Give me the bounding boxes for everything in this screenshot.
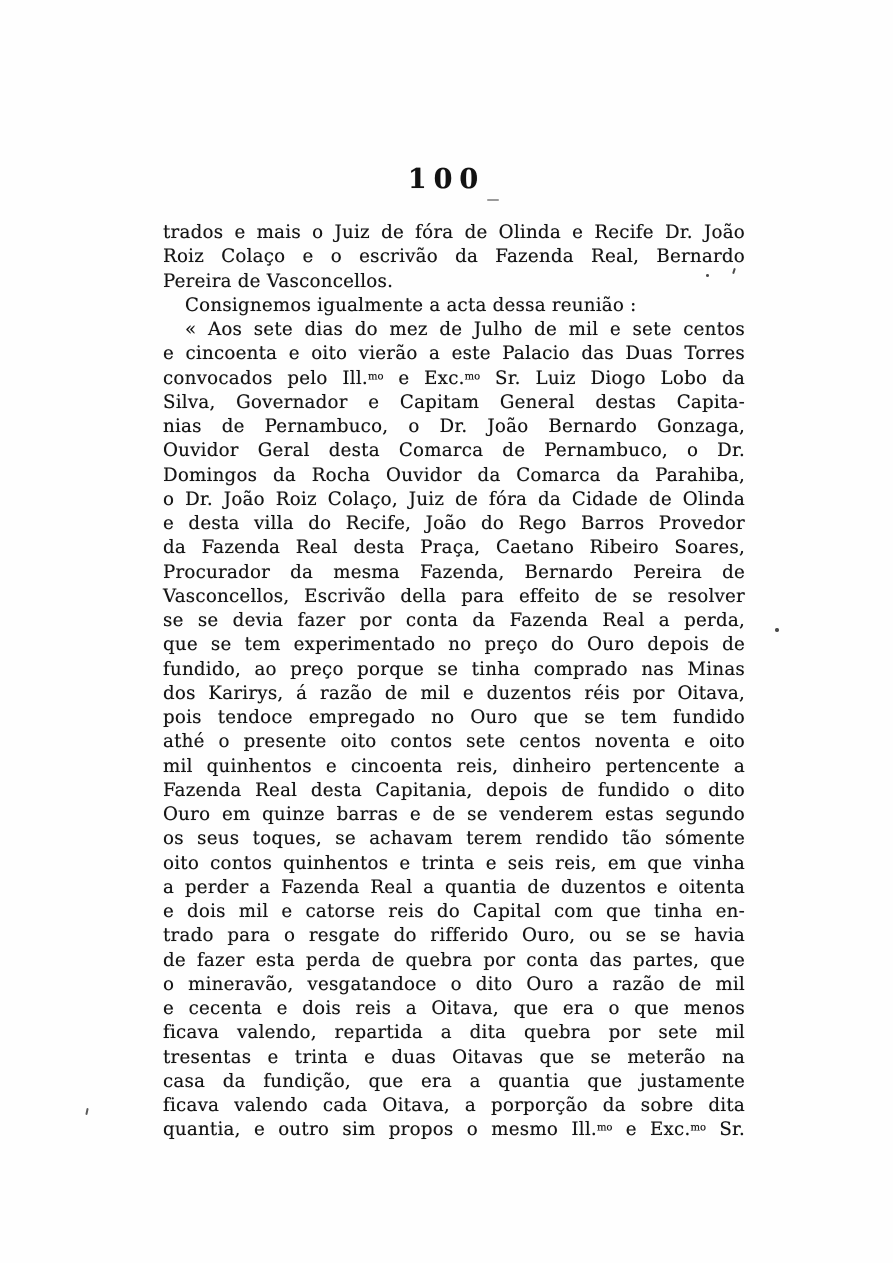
scan-speck: [775, 628, 779, 632]
text-line: se se devia fazer por conta da Fazenda R…: [163, 609, 745, 633]
text-line: Consignemos igualmente a acta dessa reun…: [163, 294, 745, 318]
text-line: casa da fundição, que era a quantia que …: [163, 1070, 745, 1094]
superscript-abbreviation: mo: [465, 371, 481, 382]
scan-speck: [706, 274, 709, 277]
superscript-abbreviation: mo: [597, 1123, 613, 1134]
text-line: ficava valendo cada Oitava, a porporção …: [163, 1094, 745, 1118]
text-line: Domingos da Rocha Ouvidor da Comarca da …: [163, 464, 745, 488]
paragraph: Consignemos igualmente a acta dessa reun…: [163, 294, 745, 318]
text-line: Procurador da mesma Fazenda, Bernardo Pe…: [163, 561, 745, 585]
text-line: convocados pelo Ill.mo e Exc.mo Sr. Luiz…: [163, 367, 745, 391]
text-line: quantia, e outro sim propos o mesmo Ill.…: [163, 1118, 745, 1142]
paragraph: trados e mais o Juiz de fóra de Olinda e…: [163, 221, 745, 294]
text-line: tresentas e trinta e duas Oitavas que se…: [163, 1046, 745, 1070]
page-number: 100: [0, 164, 893, 195]
text-line: de fazer esta perda de quebra por conta …: [163, 949, 745, 973]
superscript-abbreviation: mo: [691, 1123, 707, 1134]
text-line: Pereira de Vasconcellos.: [163, 270, 745, 294]
text-block: trados e mais o Juiz de fóra de Olinda e…: [163, 221, 745, 1143]
superscript-abbreviation: mo: [368, 371, 384, 382]
text-line: e dois mil e catorse reis do Capital com…: [163, 900, 745, 924]
text-line: o Dr. João Roiz Colaço, Juiz de fóra da …: [163, 488, 745, 512]
text-line: Fazenda Real desta Capitania, depois de …: [163, 779, 745, 803]
text-line: e cecenta e dois reis a Oitava, que era …: [163, 997, 745, 1021]
text-line: mil quinhentos e cincoenta reis, dinheir…: [163, 755, 745, 779]
text-line: e cincoenta e oito vierão a este Palacio…: [163, 342, 745, 366]
text-line: a perder a Fazenda Real a quantia de duz…: [163, 876, 745, 900]
text-line: « Aos sete dias do mez de Julho de mil e…: [163, 318, 745, 342]
text-line: athé o presente oito contos sete centos …: [163, 730, 745, 754]
text-line: trado para o resgate do rifferido Ouro, …: [163, 924, 745, 948]
text-line: nias de Pernambuco, o Dr. João Bernardo …: [163, 415, 745, 439]
paragraph: « Aos sete dias do mez de Julho de mil e…: [163, 318, 745, 1143]
text-line: Silva, Governador e Capitam General dest…: [163, 391, 745, 415]
text-line: Roiz Colaço e o escrivão da Fazenda Real…: [163, 245, 745, 269]
text-line: e desta villa do Recife, João do Rego Ba…: [163, 512, 745, 536]
scan-artifact-dash: [487, 199, 499, 201]
text-line: dos Karirys, á razão de mil e duzentos r…: [163, 682, 745, 706]
scan-speck: [85, 1108, 88, 1115]
text-line: da Fazenda Real desta Praça, Caetano Rib…: [163, 536, 745, 560]
text-line: os seus toques, se achavam terem rendido…: [163, 827, 745, 851]
text-line: Vasconcellos, Escrivão della para effeit…: [163, 585, 745, 609]
text-line: o mineravão, vesgatandoce o dito Ouro a …: [163, 973, 745, 997]
text-line: oito contos quinhentos e trinta e seis r…: [163, 852, 745, 876]
text-line: que se tem experimentado no preço do Our…: [163, 633, 745, 657]
scanned-page: 100 trados e mais o Juiz de fóra de Olin…: [0, 0, 893, 1263]
text-line: fundido, ao preço porque se tinha compra…: [163, 658, 745, 682]
text-line: Ouro em quinze barras e de se venderem e…: [163, 803, 745, 827]
text-line: ficava valendo, repartida a dita quebra …: [163, 1021, 745, 1045]
text-line: Ouvidor Geral desta Comarca de Pernambuc…: [163, 439, 745, 463]
text-line: pois tendoce empregado no Ouro que se te…: [163, 706, 745, 730]
text-line: trados e mais o Juiz de fóra de Olinda e…: [163, 221, 745, 245]
